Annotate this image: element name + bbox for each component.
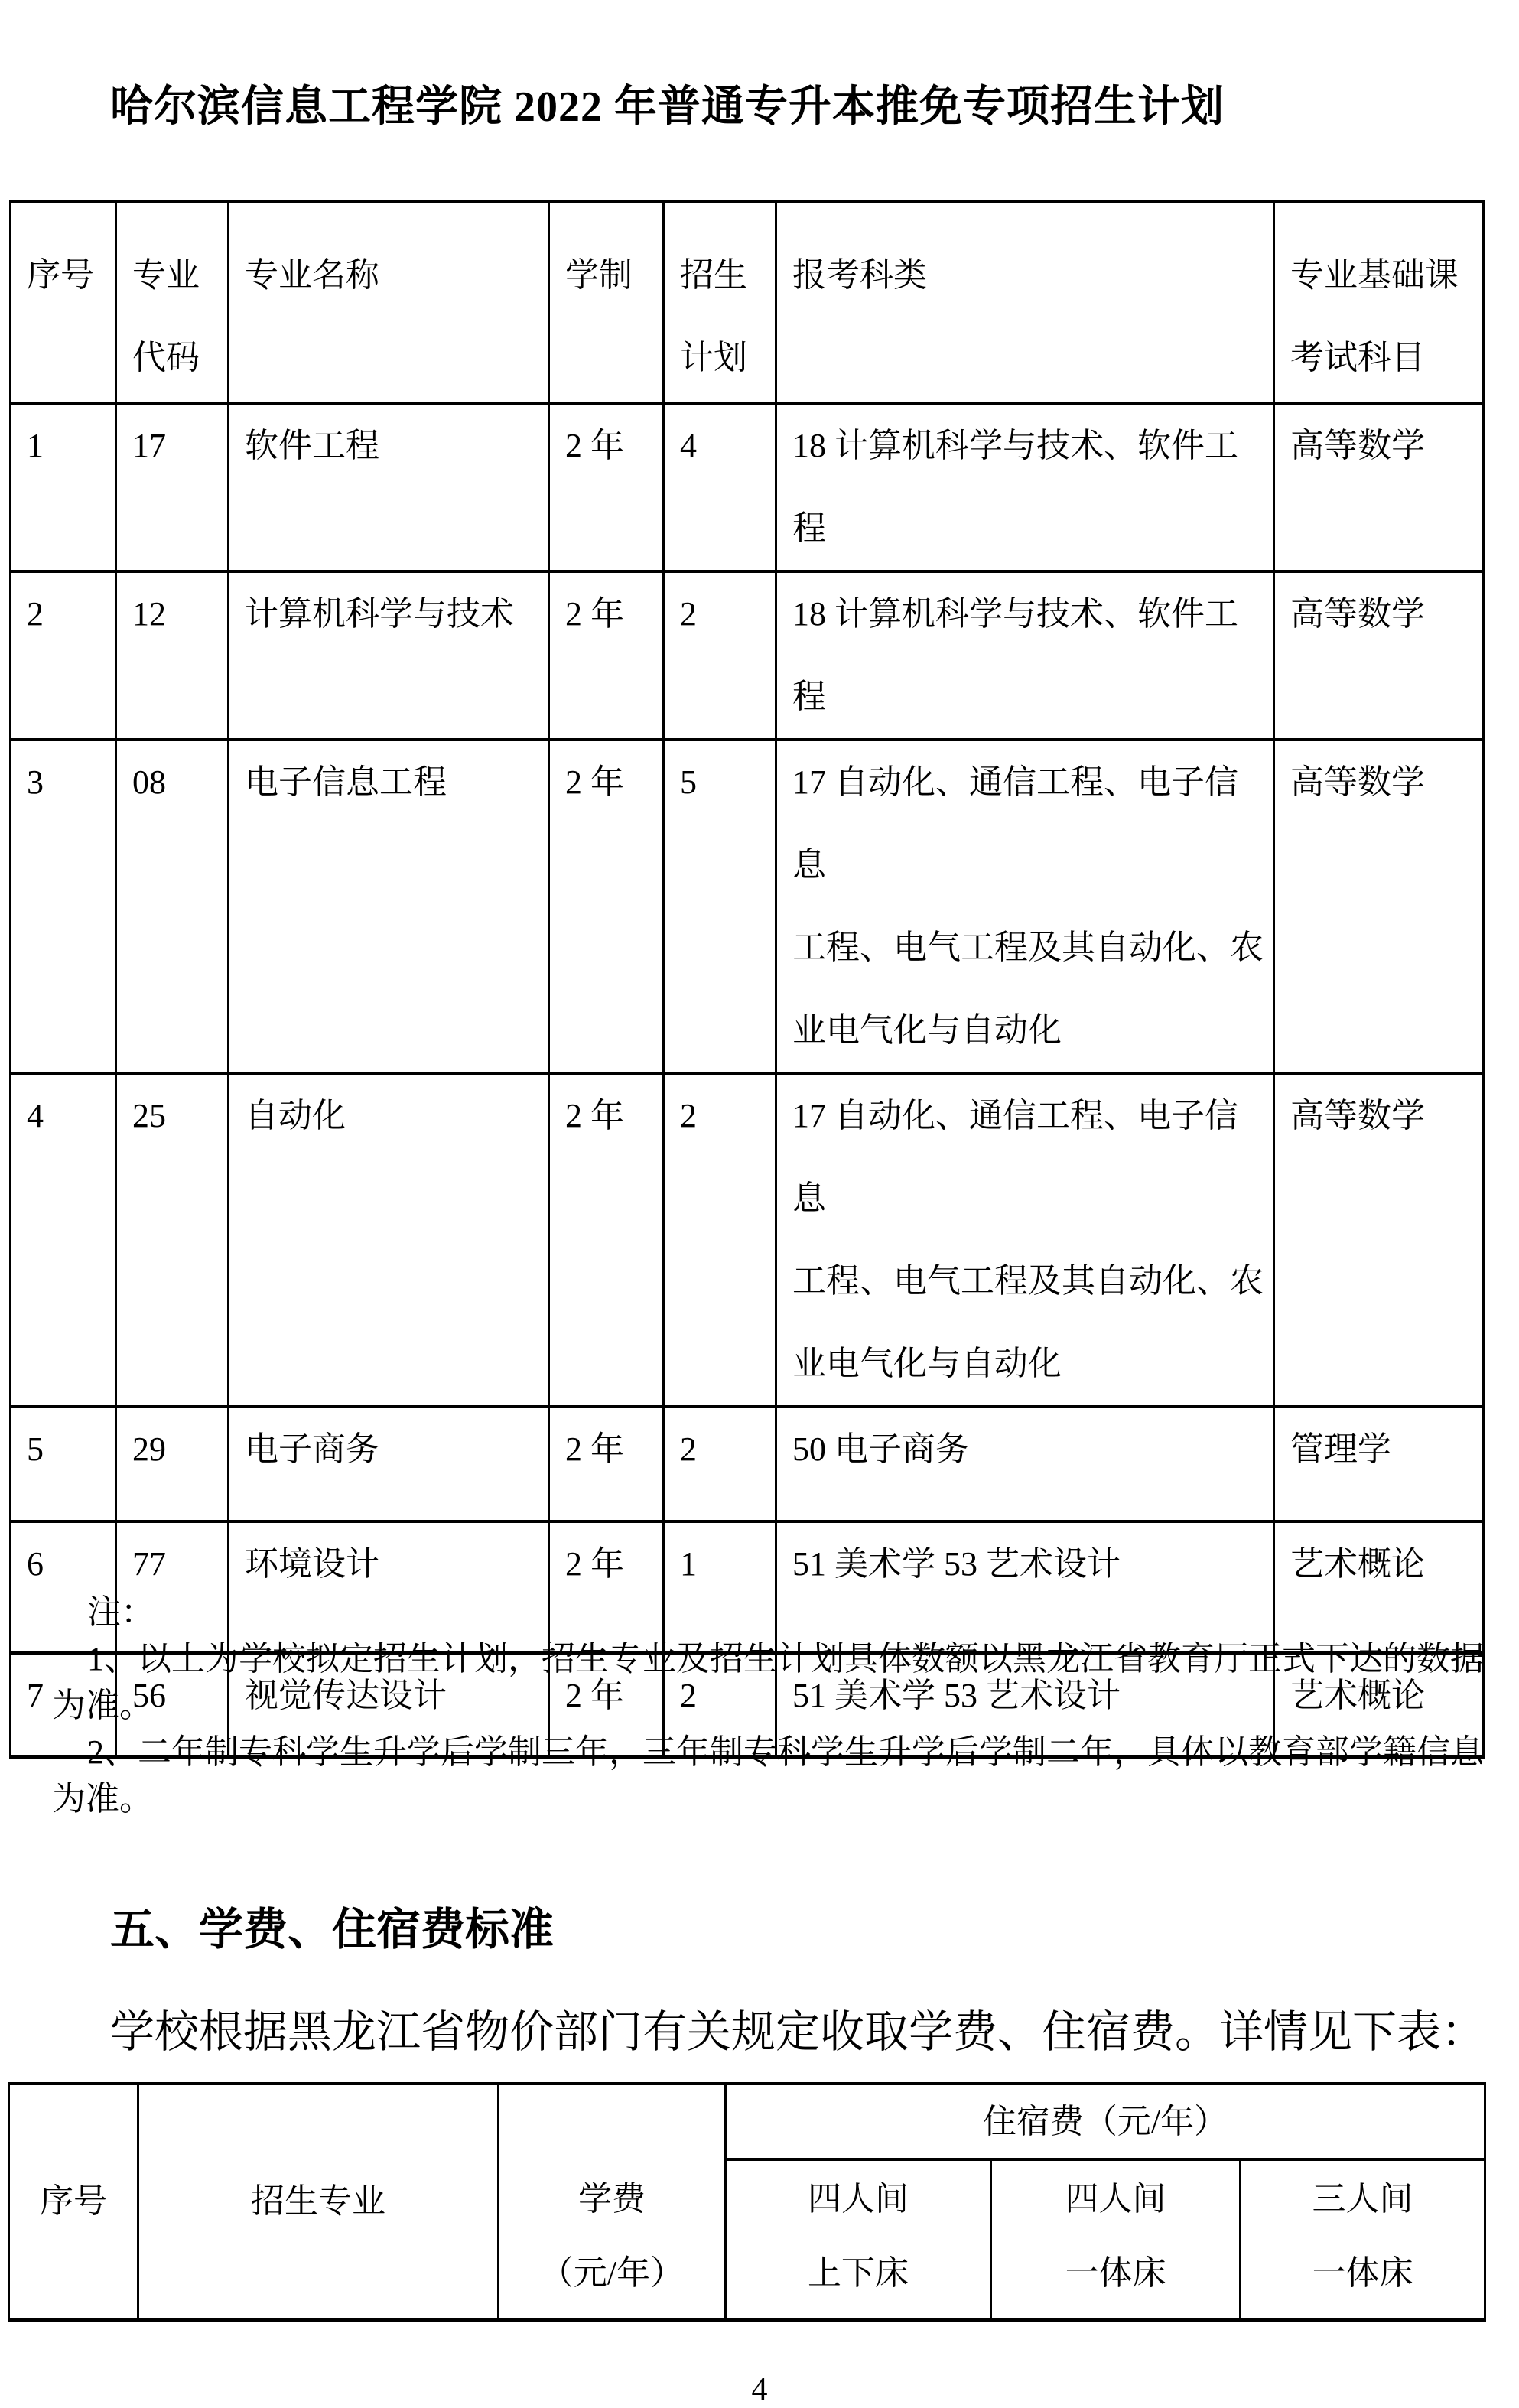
- cell-code: 17: [116, 403, 229, 571]
- cell-major: 自动化: [229, 1073, 549, 1407]
- page-title: 哈尔滨信息工程学院 2022 年普通专升本推免专项招生计划: [110, 80, 1225, 135]
- fee-header-row-1: 序号 招生专业 学费 （元/年） 住宿费（元/年）: [9, 2084, 1485, 2159]
- cell-code: 29: [116, 1407, 229, 1521]
- cell-quota: 2: [664, 1073, 776, 1407]
- header-duration: 学制: [549, 202, 664, 403]
- section-heading: 五、学费、住宿费标准: [110, 1903, 554, 1957]
- fee-header-triple-integrated: 三人间 一体床: [1241, 2159, 1485, 2320]
- cell-duration: 2 年: [549, 571, 664, 740]
- cell-quota: 5: [664, 740, 776, 1073]
- cell-subject: 高等数学: [1274, 571, 1484, 740]
- cell-duration: 2 年: [549, 1073, 664, 1407]
- fee-header-major: 招生专业: [138, 2084, 499, 2320]
- cell-category: 18 计算机科学与技术、软件工程: [776, 571, 1274, 740]
- enrollment-plan-table: 序号 专业 代码 专业名称 学制 招生 计划 报考科类 专业基础课 考试科目 1…: [9, 200, 1485, 1759]
- section-intro: 学校根据黑龙江省物价部门有关规定收取学费、住宿费。详情见下表：: [110, 2006, 1485, 2059]
- fee-header-accommodation: 住宿费（元/年）: [726, 2084, 1485, 2159]
- table-row: 2 12 计算机科学与技术 2 年 2 18 计算机科学与技术、软件工程 高等数…: [11, 571, 1484, 740]
- cell-code: 08: [116, 740, 229, 1073]
- table-row: 3 08 电子信息工程 2 年 5 17 自动化、通信工程、电子信息 工程、电气…: [11, 740, 1484, 1073]
- cell-subject: 高等数学: [1274, 403, 1484, 571]
- header-seq: 序号: [11, 202, 116, 403]
- header-major-code: 专业 代码: [116, 202, 229, 403]
- cell-code: 25: [116, 1073, 229, 1407]
- fee-header-quad-bunk: 四人间 上下床: [726, 2159, 991, 2320]
- note-item-2: 2、二年制专科学生升学后学制三年，三年制专科学生升学后学制二年，具体以教育部学籍…: [52, 1729, 1484, 1822]
- cell-major: 电子商务: [229, 1407, 549, 1521]
- header-basic-course: 专业基础课 考试科目: [1274, 202, 1484, 403]
- cell-subject: 管理学: [1274, 1407, 1484, 1521]
- cell-code: 12: [116, 571, 229, 740]
- cell-category: 17 自动化、通信工程、电子信息 工程、电气工程及其自动化、农 业电气化与自动化: [776, 740, 1274, 1073]
- cell-major: 软件工程: [229, 403, 549, 571]
- cell-subject: 高等数学: [1274, 1073, 1484, 1407]
- page-number: 4: [0, 2371, 1519, 2408]
- cell-duration: 2 年: [549, 403, 664, 571]
- fee-header-tuition: 学费 （元/年）: [499, 2084, 726, 2320]
- table-row: 1 17 软件工程 2 年 4 18 计算机科学与技术、软件工程 高等数学: [11, 403, 1484, 571]
- cell-major: 计算机科学与技术: [229, 571, 549, 740]
- note-item-1: 1、以上为学校拟定招生计划，招生专业及招生计划具体数额以黑龙江省教育厅正式下达的…: [52, 1635, 1484, 1729]
- header-exam-category: 报考科类: [776, 202, 1274, 403]
- header-quota: 招生 计划: [664, 202, 776, 403]
- notes-block: 注： 1、以上为学校拟定招生计划，招生专业及招生计划具体数额以黑龙江省教育厅正式…: [52, 1589, 1484, 1822]
- plan-header-row: 序号 专业 代码 专业名称 学制 招生 计划 报考科类 专业基础课 考试科目: [11, 202, 1484, 403]
- cell-seq: 3: [11, 740, 116, 1073]
- cell-duration: 2 年: [549, 1407, 664, 1521]
- fee-header-quad-integrated: 四人间 一体床: [991, 2159, 1241, 2320]
- fee-table: 序号 招生专业 学费 （元/年） 住宿费（元/年） 四人间 上下床 四人间 一体…: [8, 2082, 1486, 2322]
- cell-category: 50 电子商务: [776, 1407, 1274, 1521]
- header-major-name: 专业名称: [229, 202, 549, 403]
- cell-duration: 2 年: [549, 740, 664, 1073]
- cell-seq: 4: [11, 1073, 116, 1407]
- fee-header-seq: 序号: [9, 2084, 138, 2320]
- table-row: 4 25 自动化 2 年 2 17 自动化、通信工程、电子信息 工程、电气工程及…: [11, 1073, 1484, 1407]
- table-row: 5 29 电子商务 2 年 2 50 电子商务 管理学: [11, 1407, 1484, 1521]
- cell-category: 17 自动化、通信工程、电子信息 工程、电气工程及其自动化、农 业电气化与自动化: [776, 1073, 1274, 1407]
- cell-quota: 2: [664, 571, 776, 740]
- cell-quota: 2: [664, 1407, 776, 1521]
- cell-major: 电子信息工程: [229, 740, 549, 1073]
- cell-seq: 1: [11, 403, 116, 571]
- notes-label: 注：: [52, 1589, 1484, 1635]
- cell-subject: 高等数学: [1274, 740, 1484, 1073]
- cell-seq: 2: [11, 571, 116, 740]
- cell-category: 18 计算机科学与技术、软件工程: [776, 403, 1274, 571]
- cell-seq: 5: [11, 1407, 116, 1521]
- cell-quota: 4: [664, 403, 776, 571]
